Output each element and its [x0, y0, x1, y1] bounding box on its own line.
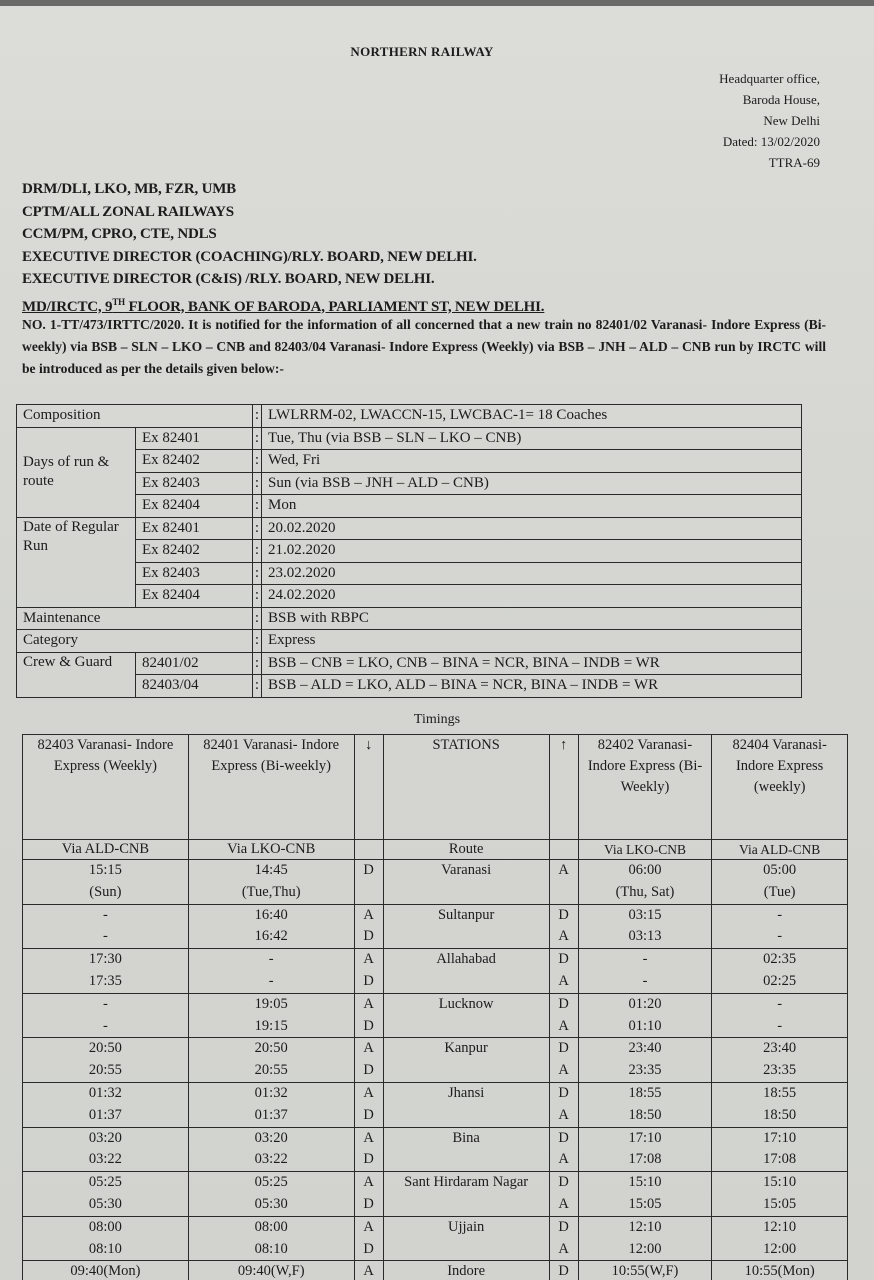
time-cell: 16:4016:42: [188, 904, 354, 949]
time-cell: 19:0519:15: [188, 993, 354, 1038]
recipient: CCM/PM, CPRO, CTE, NDLS: [22, 223, 544, 246]
arr-dep-flag: AD: [354, 1216, 383, 1261]
time-cell: 01:3201:37: [23, 1082, 189, 1127]
station-name: Ujjain: [383, 1216, 549, 1261]
up-arrow-icon: ↑: [549, 735, 578, 840]
time-cell: 03:1503:13: [578, 904, 712, 949]
time-cell: --: [712, 993, 848, 1038]
time-cell: 05:2505:30: [23, 1172, 189, 1217]
arr-dep-flag: DA: [549, 1172, 578, 1217]
arr-dep-flag: DA: [549, 1127, 578, 1172]
row-label: Composition: [17, 405, 253, 428]
composition-row: Composition : LWLRRM-02, LWACCN-15, LWCB…: [17, 405, 802, 428]
arr-dep-flag: AD: [354, 1172, 383, 1217]
maintenance-row: Maintenance : BSB with RBPC: [17, 607, 802, 630]
address-line: Baroda House,: [719, 89, 820, 110]
station-name: Lucknow: [383, 993, 549, 1038]
arr-dep-flag: DA: [549, 949, 578, 994]
arr-dep-flag: A: [549, 860, 578, 905]
time-cell: --: [712, 904, 848, 949]
letter-date: Dated: 13/02/2020: [719, 131, 820, 152]
row-value: LWLRRM-02, LWACCN-15, LWCBAC-1= 18 Coach…: [262, 405, 802, 428]
reference-number: TTRA-69: [719, 152, 820, 173]
station-name: Varanasi: [383, 860, 549, 905]
station-row: 15:15(Sun)14:45(Tue,Thu)DVaranasiA06:00(…: [23, 860, 848, 905]
train-details-table: Composition : LWLRRM-02, LWACCN-15, LWCB…: [16, 404, 802, 698]
station-row: 20:5020:5520:5020:55ADKanpurDA23:4023:35…: [23, 1038, 848, 1083]
time-cell: 23:4023:35: [712, 1038, 848, 1083]
crew-row: Crew & Guard 82401/02 : BSB – CNB = LKO,…: [17, 652, 802, 675]
time-cell: 18:5518:50: [712, 1082, 848, 1127]
arr-dep-flag: DA: [549, 993, 578, 1038]
time-cell: 05:2505:30: [188, 1172, 354, 1217]
station-row: --19:0519:15ADLucknowDA01:2001:10--: [23, 993, 848, 1038]
station-row: 17:3017:35--ADAllahabadDA--02:3502:25: [23, 949, 848, 994]
station-name: Indore: [383, 1261, 549, 1280]
time-cell: --: [23, 904, 189, 949]
row-label: Category: [17, 630, 253, 653]
station-name: Jhansi: [383, 1082, 549, 1127]
time-cell: 10:55(Mon): [712, 1261, 848, 1280]
address-line: Headquarter office,: [719, 68, 820, 89]
time-cell: 15:1015:05: [578, 1172, 712, 1217]
time-cell: 06:00(Thu, Sat): [578, 860, 712, 905]
station-name: Kanpur: [383, 1038, 549, 1083]
time-cell: 10:55(W,F): [578, 1261, 712, 1280]
time-cell: 03:2003:22: [23, 1127, 189, 1172]
time-cell: 14:45(Tue,Thu): [188, 860, 354, 905]
time-cell: 17:1017:08: [712, 1127, 848, 1172]
station-name: Bina: [383, 1127, 549, 1172]
arr-dep-flag: AD: [354, 904, 383, 949]
notification-paragraph: NO. 1-TT/473/IRTTC/2020. It is notified …: [22, 314, 826, 380]
recipient: CPTM/ALL ZONAL RAILWAYS: [22, 201, 544, 224]
arr-dep-flag: AD: [354, 993, 383, 1038]
time-cell: 15:15(Sun): [23, 860, 189, 905]
header-82404: 82404 Varanasi- Indore Express (weekly): [712, 735, 848, 840]
days-row: Days of run & route Ex 82401 : Tue, Thu …: [17, 427, 802, 450]
row-label: Maintenance: [17, 607, 253, 630]
arr-dep-flag: AD: [354, 1082, 383, 1127]
arr-dep-flag: D: [354, 860, 383, 905]
time-cell: 08:0008:10: [23, 1216, 189, 1261]
station-row: 09:40(Mon)09:40(W,F)AIndoreD10:55(W,F)10…: [23, 1261, 848, 1280]
arr-dep-flag: DA: [549, 1216, 578, 1261]
sender-address: Headquarter office, Baroda House, New De…: [719, 68, 820, 173]
header-stations: STATIONS: [383, 735, 549, 840]
station-row: --16:4016:42ADSultanpurDA03:1503:13--: [23, 904, 848, 949]
station-name: Allahabad: [383, 949, 549, 994]
time-cell: 08:0008:10: [188, 1216, 354, 1261]
time-cell: 23:4023:35: [578, 1038, 712, 1083]
header-82402: 82402 Varanasi- Indore Express (Bi-Weekl…: [578, 735, 712, 840]
time-cell: --: [23, 993, 189, 1038]
station-name: Sant Hirdaram Nagar: [383, 1172, 549, 1217]
time-cell: 03:2003:22: [188, 1127, 354, 1172]
station-row: 01:3201:3701:3201:37ADJhansiDA18:5518:50…: [23, 1082, 848, 1127]
recipient-list: DRM/DLI, LKO, MB, FZR, UMB CPTM/ALL ZONA…: [22, 178, 544, 318]
address-line: New Delhi: [719, 110, 820, 131]
category-row: Category : Express: [17, 630, 802, 653]
arr-dep-flag: AD: [354, 1127, 383, 1172]
time-cell: --: [578, 949, 712, 994]
station-name: Sultanpur: [383, 904, 549, 949]
time-cell: 09:40(Mon): [23, 1261, 189, 1280]
header-82403: 82403 Varanasi- Indore Express (Weekly): [23, 735, 189, 840]
station-row: 08:0008:1008:0008:10ADUjjainDA12:1012:00…: [23, 1216, 848, 1261]
time-cell: 20:5020:55: [188, 1038, 354, 1083]
time-cell: 18:5518:50: [578, 1082, 712, 1127]
station-row: 05:2505:3005:2505:30ADSant Hirdaram Naga…: [23, 1172, 848, 1217]
time-cell: 17:3017:35: [23, 949, 189, 994]
arr-dep-flag: DA: [549, 1038, 578, 1083]
time-cell: 12:1012:00: [578, 1216, 712, 1261]
recipient: EXECUTIVE DIRECTOR (C&IS) /RLY. BOARD, N…: [22, 268, 544, 291]
time-cell: 09:40(W,F): [188, 1261, 354, 1280]
arr-dep-flag: DA: [549, 904, 578, 949]
header-82401: 82401 Varanasi- Indore Express (Bi-weekl…: [188, 735, 354, 840]
route-row: Via ALD-CNB Via LKO-CNB Route Via LKO-CN…: [23, 840, 848, 860]
time-cell: 12:1012:00: [712, 1216, 848, 1261]
time-cell: 17:1017:08: [578, 1127, 712, 1172]
arr-dep-flag: AD: [354, 1038, 383, 1083]
document-page: NORTHERN RAILWAY Headquarter office, Bar…: [0, 6, 874, 1280]
org-title: NORTHERN RAILWAY: [0, 44, 844, 60]
time-cell: --: [188, 949, 354, 994]
arr-dep-flag: AD: [354, 949, 383, 994]
recipient: DRM/DLI, LKO, MB, FZR, UMB: [22, 178, 544, 201]
row-label: Date of Regular Run: [17, 517, 136, 607]
station-row: 03:2003:2203:2003:22ADBinaDA17:1017:0817…: [23, 1127, 848, 1172]
arr-dep-flag: DA: [549, 1082, 578, 1127]
recipient: EXECUTIVE DIRECTOR (COACHING)/RLY. BOARD…: [22, 246, 544, 269]
time-cell: 01:2001:10: [578, 993, 712, 1038]
timings-heading: Timings: [0, 712, 874, 728]
row-label: Crew & Guard: [17, 652, 136, 697]
time-cell: 20:5020:55: [23, 1038, 189, 1083]
time-cell: 05:00(Tue): [712, 860, 848, 905]
time-cell: 02:3502:25: [712, 949, 848, 994]
row-label: Days of run & route: [17, 427, 136, 517]
date-row: Date of Regular Run Ex 82401 : 20.02.202…: [17, 517, 802, 540]
down-arrow-icon: ↓: [354, 735, 383, 840]
time-cell: 15:1015:05: [712, 1172, 848, 1217]
timings-header-row: 82403 Varanasi- Indore Express (Weekly) …: [23, 735, 848, 840]
arr-dep-flag: A: [354, 1261, 383, 1280]
timings-table: 82403 Varanasi- Indore Express (Weekly) …: [22, 734, 848, 1280]
time-cell: 01:3201:37: [188, 1082, 354, 1127]
arr-dep-flag: D: [549, 1261, 578, 1280]
